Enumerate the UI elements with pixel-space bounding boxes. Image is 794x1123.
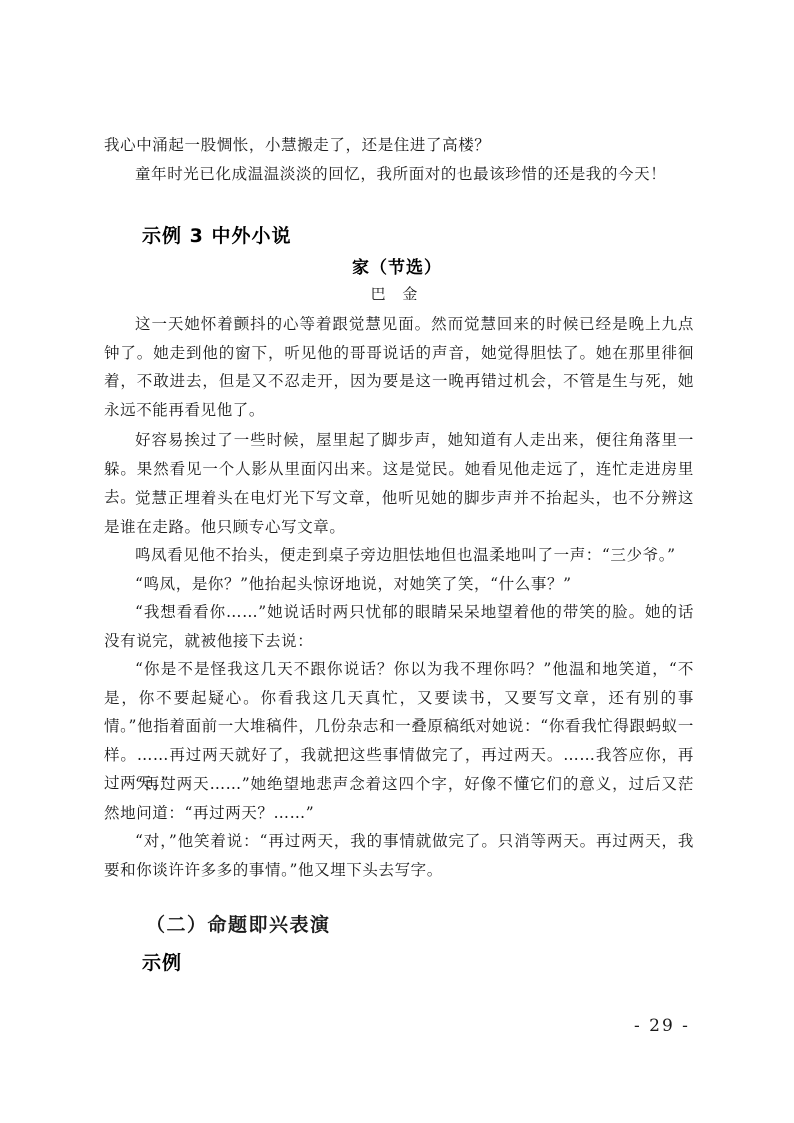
example-heading-2: 示例 [142, 948, 182, 975]
paragraph-3: 觉慧正埋着头在电灯光下写文章，他听见她的脚步声并不抬起头，也不分辨这是谁在走路。… [104, 484, 694, 541]
story-title: 家（节选） [0, 253, 794, 278]
document-page: 我心中涌起一股惆怅，小慧搬走了，还是住进了高楼？ 童年时光已化成温温淡淡的回忆，… [0, 0, 794, 1123]
paragraph-6: “我想看看你……”她说话时两只忧郁的眼睛呆呆地望着他的带笑的脸。她的话没有说完，… [104, 598, 694, 655]
paragraph-5: “鸣凤，是你？”他抬起头惊讶地说，对她笑了笑，“什么事？” [104, 570, 694, 599]
example-heading: 示例 3 中外小说 [142, 221, 291, 248]
paragraph-8: “再过两天……”她绝望地悲声念着这四个字，好像不懂它们的意义，过后又茫然地问道：… [104, 770, 694, 827]
paragraph-9: “对，”他笑着说：“再过两天，我的事情就做完了。只消等两天。再过两天，我要和你谈… [104, 827, 694, 884]
paragraph-1: 这一天她怀着颤抖的心等着跟觉慧见面。然而觉慧回来的时候已经是晚上九点钟了。她走到… [104, 310, 694, 424]
intro-line-2: 童年时光已化成温温淡淡的回忆，我所面对的也最该珍惜的还是我的今天！ [104, 160, 694, 189]
page-number: - 29 - [634, 1016, 690, 1036]
intro-line-1: 我心中涌起一股惆怅，小慧搬走了，还是住进了高楼？ [104, 131, 694, 160]
paragraph-4: 鸣凤看见他不抬头，便走到桌子旁边胆怯地但也温柔地叫了一声：“三少爷。” [104, 541, 694, 570]
section-heading: （二）命题即兴表演 [146, 910, 331, 937]
author: 巴 金 [0, 283, 794, 304]
